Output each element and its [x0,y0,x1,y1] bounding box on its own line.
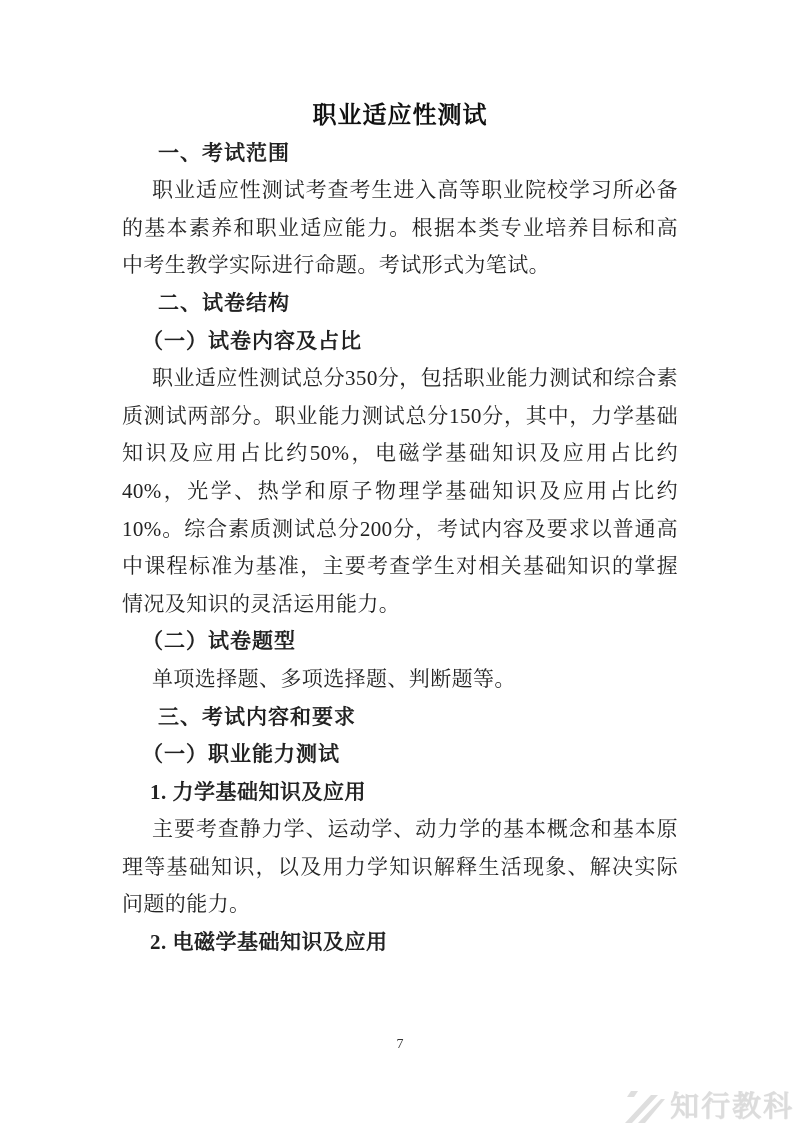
subsection-heading: （一）职业能力测试 [122,736,678,774]
section-heading: 三、考试内容和要求 [122,699,678,737]
document-page: 职业适应性测试 一、考试范围 职业适应性测试考查考生进入高等职业院校学习所必备的… [0,0,800,1131]
paragraph: 职业适应性测试总分350分，包括职业能力测试和综合素质测试两部分。职业能力测试总… [122,360,678,623]
numbered-heading: 1. 力学基础知识及应用 [122,774,678,812]
brand-name: 知行教科 [670,1089,794,1125]
numbered-heading: 2. 电磁学基础知识及应用 [122,924,678,962]
section-heading: 二、试卷结构 [122,285,678,323]
paragraph: 单项选择题、多项选择题、判断题等。 [122,661,678,699]
paragraph: 主要考查静力学、运动学、动力学的基本概念和基本原理等基础知识，以及用力学知识解释… [122,811,678,924]
brand-watermark: 知行教科 [621,1089,794,1125]
subsection-heading: （二）试卷题型 [122,623,678,661]
section-heading: 一、考试范围 [122,135,678,173]
double-slash-logo-icon [621,1089,665,1125]
document-body: 职业适应性测试 一、考试范围 职业适应性测试考查考生进入高等职业院校学习所必备的… [122,97,678,962]
page-title: 职业适应性测试 [122,97,678,135]
subsection-heading: （一）试卷内容及占比 [122,323,678,361]
paragraph: 职业适应性测试考查考生进入高等职业院校学习所必备的基本素养和职业适应能力。根据本… [122,172,678,285]
page-number: 7 [122,1036,678,1054]
